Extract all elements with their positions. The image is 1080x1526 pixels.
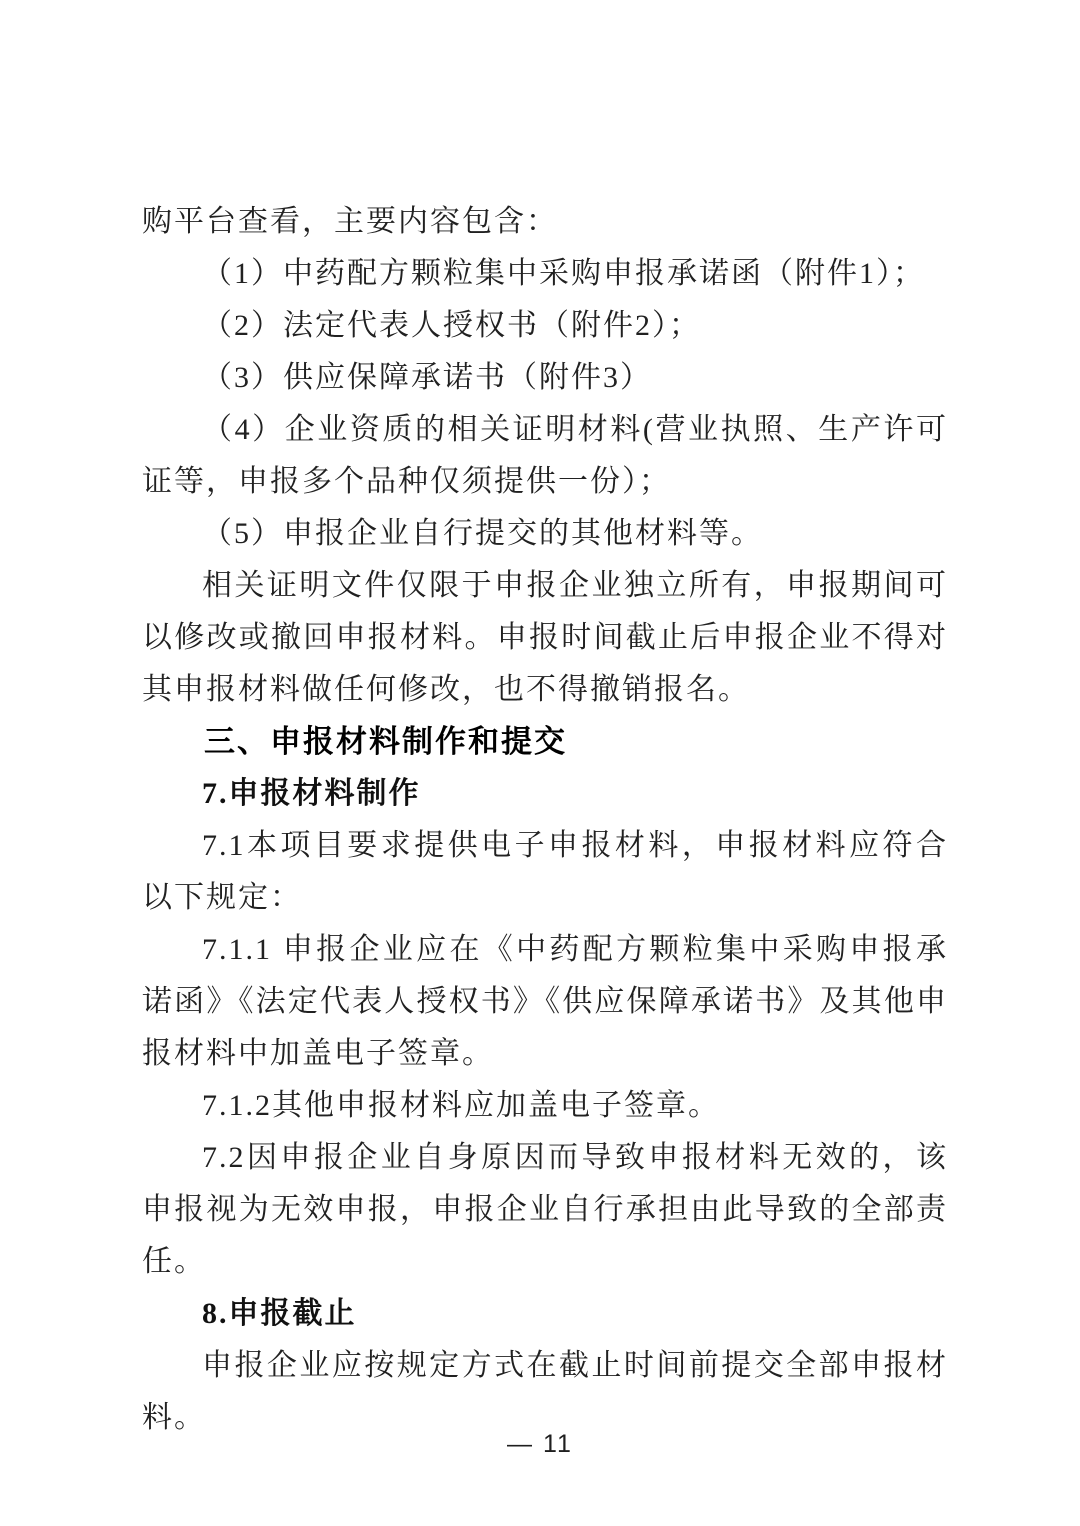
paragraph-7-1: 7.1本项目要求提供电子申报材料，申报材料应符合以下规定： <box>142 820 948 924</box>
page-number: — 11 <box>0 1430 1080 1459</box>
list-item-4: （4）企业资质的相关证明材料(营业执照、生产许可证等，申报多个品种仅须提供一份）… <box>142 404 948 508</box>
paragraph-continuation: 购平台查看，主要内容包含： <box>142 196 948 248</box>
subsection-heading-8: 8.申报截止 <box>142 1288 948 1340</box>
list-item-2: （2）法定代表人授权书（附件2）； <box>142 300 948 352</box>
paragraph-7-1-1: 7.1.1 申报企业应在《中药配方颗粒集中采购申报承诺函》《法定代表人授权书》《… <box>142 924 948 1080</box>
paragraph-7-2: 7.2因申报企业自身原因而导致申报材料无效的，该申报视为无效申报，申报企业自行承… <box>142 1132 948 1288</box>
subsection-heading-7: 7.申报材料制作 <box>142 768 948 820</box>
section-heading-3: 三、申报材料制作和提交 <box>142 716 948 768</box>
document-page: 购平台查看，主要内容包含： （1）中药配方颗粒集中采购申报承诺函（附件1）； （… <box>0 0 1080 1526</box>
list-item-1: （1）中药配方颗粒集中采购申报承诺函（附件1）； <box>142 248 948 300</box>
paragraph-8-1: 申报企业应按规定方式在截止时间前提交全部申报材料。 <box>142 1340 948 1444</box>
document-body: 购平台查看，主要内容包含： （1）中药配方颗粒集中采购申报承诺函（附件1）； （… <box>142 196 948 1444</box>
list-item-5: （5）申报企业自行提交的其他材料等。 <box>142 508 948 560</box>
paragraph-certification-note: 相关证明文件仅限于申报企业独立所有，申报期间可以修改或撤回申报材料。申报时间截止… <box>142 560 948 716</box>
list-item-3: （3）供应保障承诺书（附件3） <box>142 352 948 404</box>
paragraph-7-1-2: 7.1.2其他申报材料应加盖电子签章。 <box>142 1080 948 1132</box>
